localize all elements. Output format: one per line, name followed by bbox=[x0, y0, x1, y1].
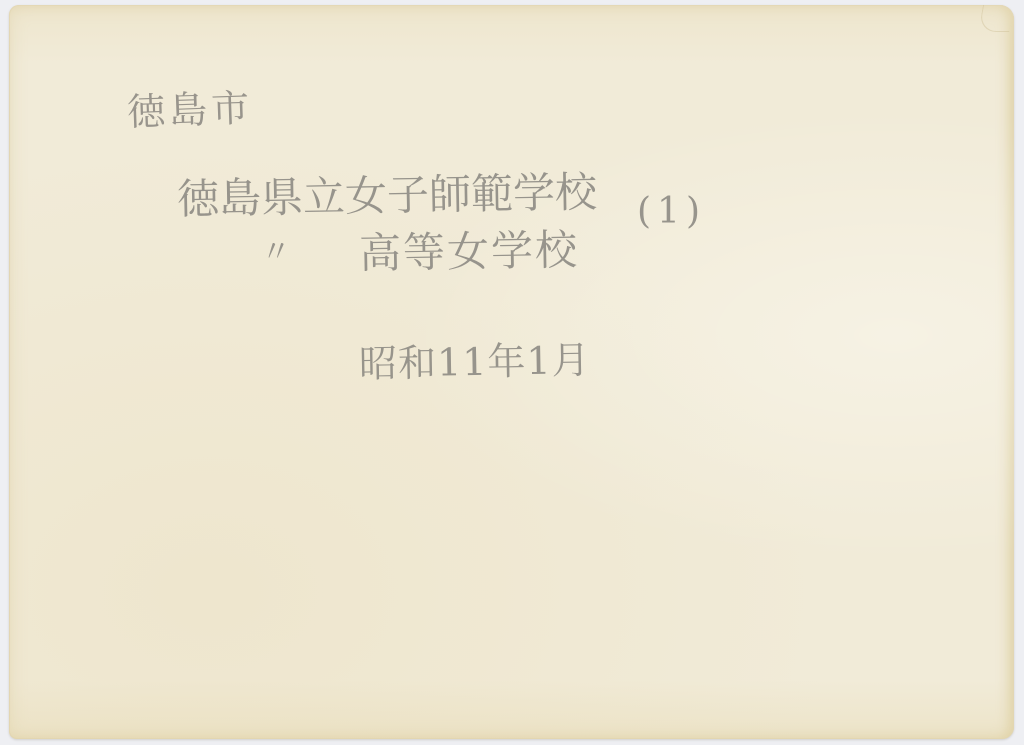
handwritten-item-number: (1) bbox=[637, 191, 706, 232]
handwritten-school-girls-high: 高等女学校 bbox=[358, 217, 579, 281]
handwritten-date: 昭和11年1月 bbox=[359, 329, 591, 388]
handwritten-school-normal: 徳島県立女子師範学校 bbox=[177, 159, 598, 226]
bent-corner bbox=[978, 5, 1014, 32]
handwritten-city: 徳島市 bbox=[126, 77, 254, 136]
photo-card-back: 徳島市 徳島県立女子師範学校 〃 高等女学校 (1) 昭和11年1月 bbox=[9, 5, 1014, 739]
handwritten-ditto-mark: 〃 bbox=[261, 227, 293, 271]
scan-background: 徳島市 徳島県立女子師範学校 〃 高等女学校 (1) 昭和11年1月 bbox=[0, 0, 1024, 745]
